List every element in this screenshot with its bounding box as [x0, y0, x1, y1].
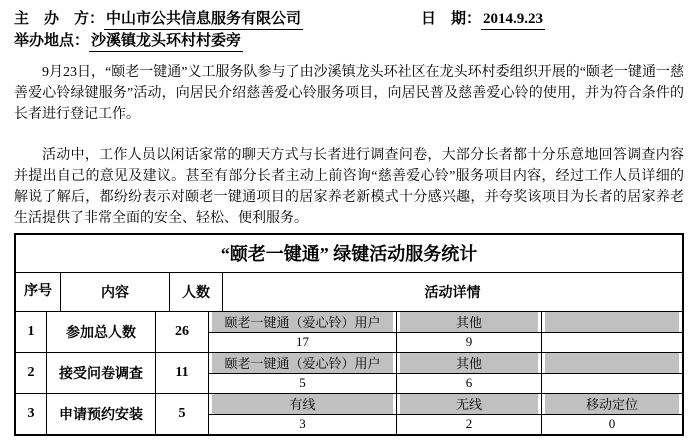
row-content: 接受问卷调查 — [46, 353, 155, 393]
table-row: 1 参加总人数 26 颐老一键通（爱心铃）用户 其他 17 9 — [16, 312, 682, 353]
row-content: 申请预约安装 — [46, 394, 155, 434]
document-page: 主 办 方： 中山市公共信息服务有限公司 日 期： 2014.9.23 举办地点… — [0, 0, 696, 436]
table-row: 3 申请预约安装 5 有线 无线 移动定位 3 2 0 — [16, 394, 682, 434]
row-no: 1 — [16, 312, 46, 352]
details-header-cell: 无线 — [400, 394, 538, 414]
col-header-details: 活动详情 — [222, 273, 682, 311]
details-value-cell: 2 — [396, 415, 541, 435]
row-details: 颐老一键通（爱心铃）用户 其他 17 9 — [208, 312, 682, 352]
organizer-label: 主 办 方： — [14, 7, 104, 28]
details-value-cell: 6 — [396, 374, 541, 394]
details-value-cell: 5 — [209, 374, 396, 394]
details-value-row: 5 6 — [209, 374, 682, 394]
paragraph-activity-detail: 活动中，工作人员以闲话家常的聊天方式与长者进行调查问卷，大部分长者都十分乐意地回… — [14, 145, 684, 229]
details-header-cell: 颐老一键通（爱心铃）用户 — [212, 312, 393, 332]
details-value-cell — [541, 333, 682, 353]
details-header-cell — [545, 353, 679, 373]
row-count: 26 — [155, 312, 208, 352]
date-label: 日 期： — [421, 7, 481, 28]
row-details: 有线 无线 移动定位 3 2 0 — [208, 394, 682, 434]
location-line: 举办地点： 沙溪镇龙头环村村委旁 — [14, 29, 684, 51]
details-header-cell — [545, 312, 679, 332]
details-header-cell: 其他 — [400, 312, 538, 332]
location-value: 沙溪镇龙头环村村委旁 — [89, 29, 243, 52]
details-value-row: 17 9 — [209, 333, 682, 353]
details-header-cell: 其他 — [400, 353, 538, 373]
row-no: 2 — [16, 353, 46, 393]
organizer-line: 主 办 方： 中山市公共信息服务有限公司 日 期： 2014.9.23 — [14, 7, 684, 29]
row-count: 5 — [155, 394, 208, 434]
date-value: 2014.9.23 — [481, 11, 545, 30]
col-header-count: 人数 — [169, 273, 222, 311]
row-no: 3 — [16, 394, 46, 434]
table-title: “颐老一键通” 绿键活动服务统计 — [16, 235, 682, 273]
details-value-cell: 9 — [396, 333, 541, 353]
table-header-row: 序号 内容 人数 活动详情 — [16, 273, 682, 312]
col-header-no: 序号 — [16, 273, 60, 311]
location-label: 举办地点： — [14, 29, 89, 50]
details-value-cell — [541, 374, 682, 394]
details-header-row: 有线 无线 移动定位 — [209, 394, 682, 415]
details-header-cell: 颐老一键通（爱心铃）用户 — [212, 353, 393, 373]
details-value-cell: 3 — [209, 415, 396, 435]
col-header-content: 内容 — [60, 273, 169, 311]
details-header-row: 颐老一键通（爱心铃）用户 其他 — [209, 312, 682, 333]
details-header-cell: 移动定位 — [545, 394, 679, 414]
row-count: 11 — [155, 353, 208, 393]
stats-table: “颐老一键通” 绿键活动服务统计 序号 内容 人数 活动详情 1 参加总人数 2… — [14, 233, 684, 436]
details-value-cell: 0 — [541, 415, 682, 435]
date-group: 日 期： 2014.9.23 — [421, 7, 545, 30]
details-value-cell: 17 — [209, 333, 396, 353]
paragraph-activity-intro: 9月23日，“颐老一键通”义工服务队参与了由沙溪镇龙头环社区在龙头环村委组织开展… — [14, 62, 684, 125]
table-row: 2 接受问卷调查 11 颐老一键通（爱心铃）用户 其他 5 6 — [16, 353, 682, 394]
details-header-cell: 有线 — [212, 394, 393, 414]
organizer-value: 中山市公共信息服务有限公司 — [104, 7, 303, 30]
row-content: 参加总人数 — [46, 312, 155, 352]
details-header-row: 颐老一键通（爱心铃）用户 其他 — [209, 353, 682, 374]
details-value-row: 3 2 0 — [209, 415, 682, 435]
row-details: 颐老一键通（爱心铃）用户 其他 5 6 — [208, 353, 682, 393]
